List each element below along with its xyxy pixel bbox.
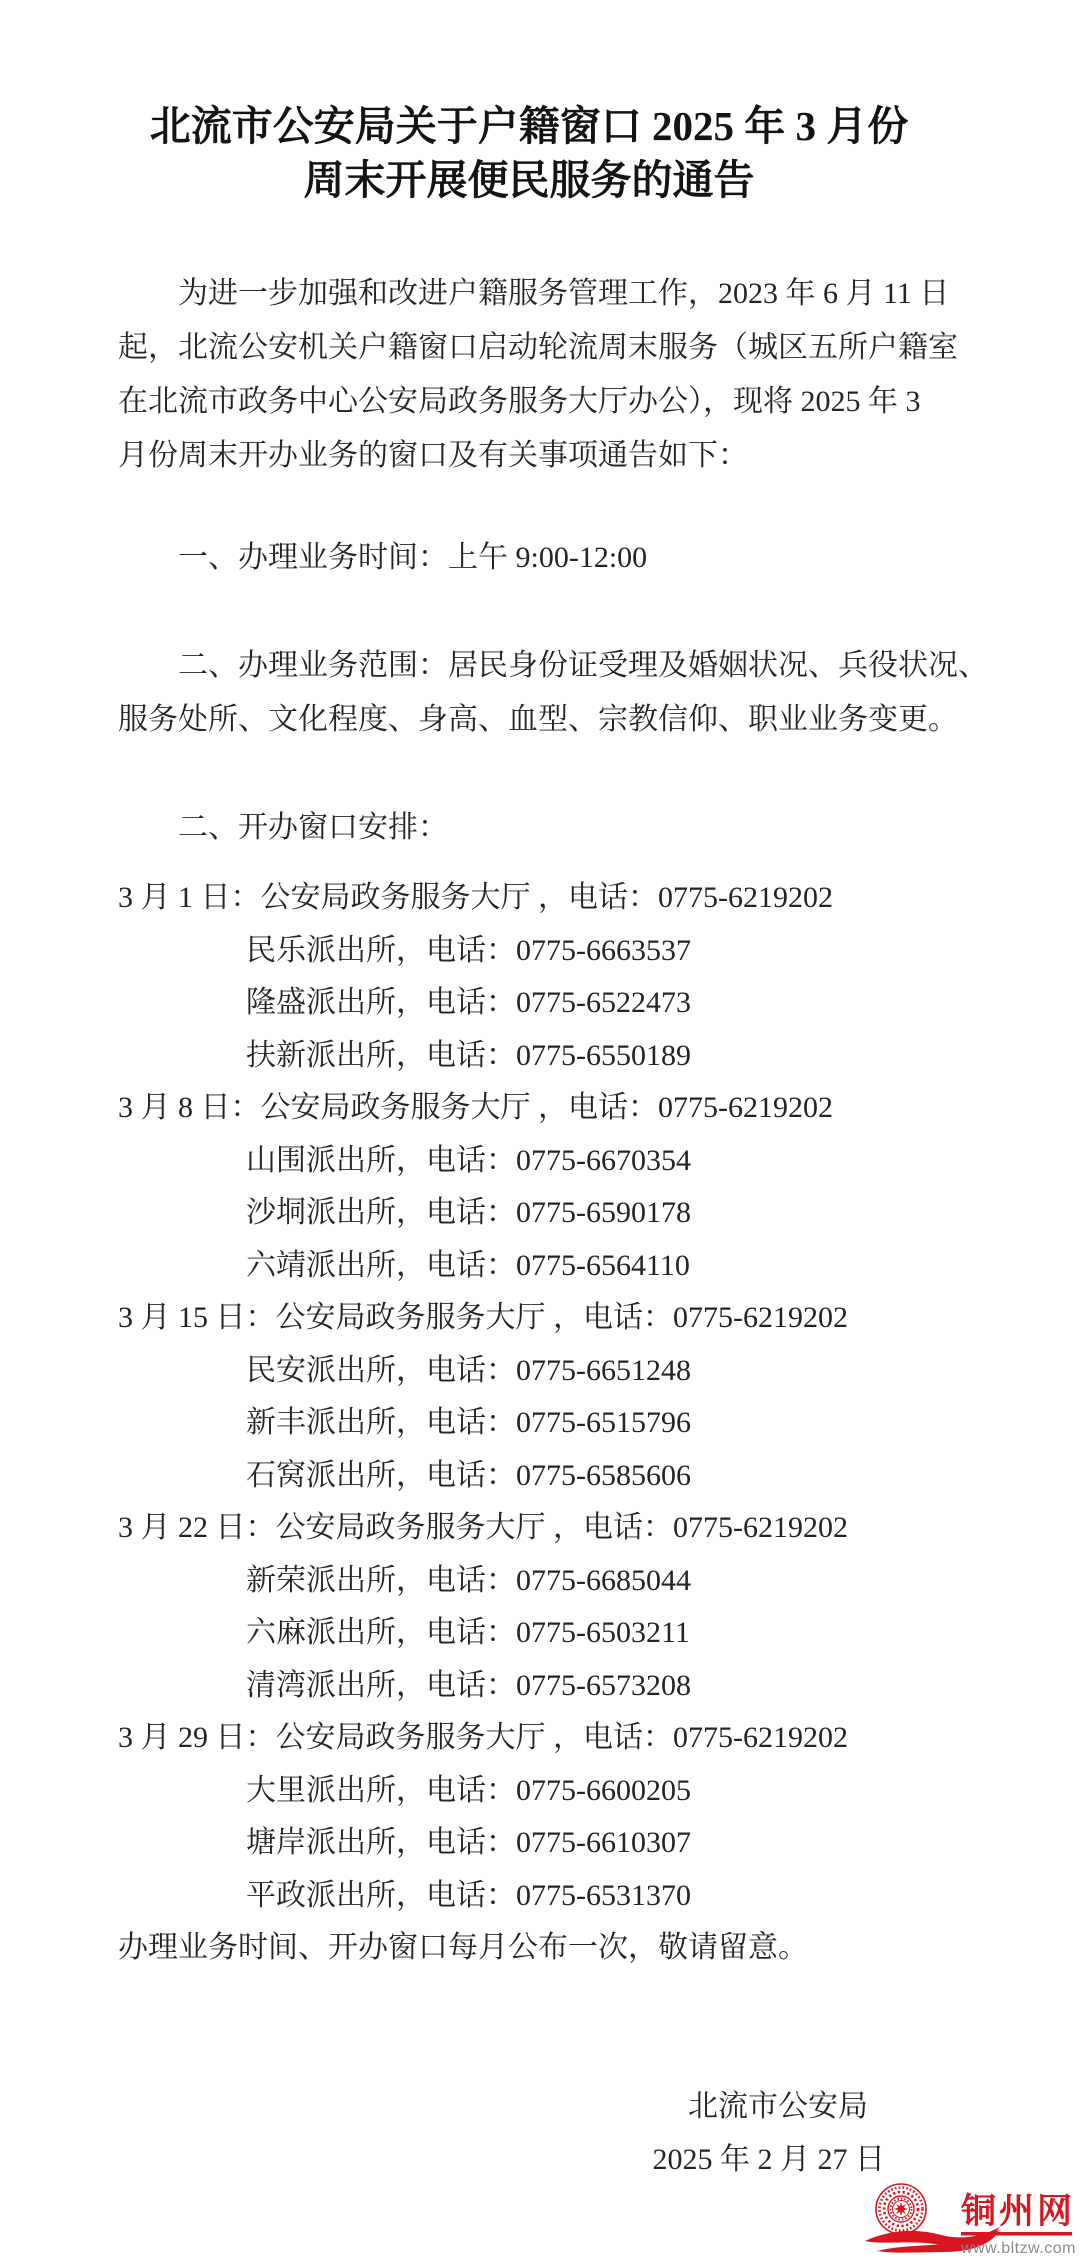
schedule-sub-row: 新荣派出所，电话：0775-6685044: [118, 1555, 940, 1608]
site-url: www.bltzw.com: [960, 2240, 1075, 2257]
schedule-date: 3 月 15 日：: [118, 1301, 276, 1334]
title-line-2: 周末开展便民服务的通告: [118, 153, 940, 207]
emblem-star-icon: [894, 2202, 908, 2216]
schedule-block-mar-8: 3 月 8 日：公安局政务服务大厅 ，电话：0775-6219202 山围派出所…: [118, 1082, 940, 1292]
schedule-block-mar-29: 3 月 29 日：公安局政务服务大厅 ，电话：0775-6219202 大里派出…: [118, 1712, 940, 1922]
schedule-date-row: 3 月 22 日：公安局政务服务大厅 ，电话：0775-6219202: [118, 1502, 940, 1555]
schedule-sub-row: 六麻派出所，电话：0775-6503211: [118, 1607, 940, 1660]
section-business-scope: 二、办理业务范围：居民身份证受理及婚姻状况、兵役状况、 服务处所、文化程度、身高…: [118, 639, 940, 747]
schedule-date-row: 3 月 1 日：公安局政务服务大厅 ，电话：0775-6219202: [118, 872, 940, 925]
schedule-sub-row: 平政派出所，电话：0775-6531370: [118, 1870, 940, 1923]
schedule-main-venue: 公安局政务服务大厅 ，电话：0775-6219202: [276, 1721, 849, 1754]
schedule-date: 3 月 22 日：: [118, 1511, 276, 1544]
schedule-date-row: 3 月 15 日：公安局政务服务大厅 ，电话：0775-6219202: [118, 1292, 940, 1345]
schedule-sub-row: 大里派出所，电话：0775-6600205: [118, 1765, 940, 1818]
site-name: 铜州网: [960, 2192, 1075, 2231]
site-name-underline: [961, 2232, 1072, 2236]
section-business-hours: 一、办理业务时间：上午 9:00-12:00: [118, 531, 940, 585]
schedule-main-venue: 公安局政务服务大厅 ，电话：0775-6219202: [261, 1091, 834, 1124]
schedule-sub-row: 沙垌派出所，电话：0775-6590178: [118, 1187, 940, 1240]
page-title: 北流市公安局关于户籍窗口 2025 年 3 月份 周末开展便民服务的通告: [118, 99, 940, 207]
schedule-sub-row: 隆盛派出所，电话：0775-6522473: [118, 977, 940, 1030]
intro-line: 在北流市政务中心公安局政务服务大厅办公），现将 2025 年 3: [118, 375, 940, 429]
schedule-date-row: 3 月 29 日：公安局政务服务大厅 ，电话：0775-6219202: [118, 1712, 940, 1765]
schedule-sub-row: 民乐派出所，电话：0775-6663537: [118, 925, 940, 978]
schedule-block-mar-15: 3 月 15 日：公安局政务服务大厅 ，电话：0775-6219202 民安派出…: [118, 1292, 940, 1502]
notice-content: 北流市公安局关于户籍窗口 2025 年 3 月份 周末开展便民服务的通告 为进一…: [0, 0, 1080, 2186]
schedule-main-venue: 公安局政务服务大厅 ，电话：0775-6219202: [276, 1301, 849, 1334]
schedule-sub-row: 民安派出所，电话：0775-6651248: [118, 1345, 940, 1398]
intro-line: 为进一步加强和改进户籍服务管理工作，2023 年 6 月 11 日: [118, 267, 940, 321]
schedule-sub-row: 扶新派出所，电话：0775-6550189: [118, 1030, 940, 1083]
schedule-sub-row: 清湾派出所，电话：0775-6573208: [118, 1660, 940, 1713]
scope-line: 服务处所、文化程度、身高、血型、宗教信仰、职业业务变更。: [118, 693, 940, 747]
notice-document: 北流市公安局关于户籍窗口 2025 年 3 月份 周末开展便民服务的通告 为进一…: [0, 0, 1080, 2261]
schedule-sub-row: 山围派出所，电话：0775-6670354: [118, 1135, 940, 1188]
intro-paragraph: 为进一步加强和改进户籍服务管理工作，2023 年 6 月 11 日 起，北流公安…: [118, 267, 940, 483]
schedule-date: 3 月 1 日：: [118, 881, 261, 914]
scope-line: 二、办理业务范围：居民身份证受理及婚姻状况、兵役状况、: [118, 639, 940, 693]
intro-line: 月份周末开办业务的窗口及有关事项通告如下：: [118, 429, 940, 483]
title-line-1: 北流市公安局关于户籍窗口 2025 年 3 月份: [118, 99, 940, 153]
schedule-main-venue: 公安局政务服务大厅 ，电话：0775-6219202: [261, 881, 834, 914]
schedule-date-row: 3 月 8 日：公安局政务服务大厅 ，电话：0775-6219202: [118, 1082, 940, 1135]
schedule-section: 3 月 1 日：公安局政务服务大厅 ，电话：0775-6219202 民乐派出所…: [118, 872, 940, 1922]
schedule-main-venue: 公安局政务服务大厅 ，电话：0775-6219202: [276, 1511, 849, 1544]
signature-block: 北流市公安局 2025 年 2 月 27 日: [118, 2080, 940, 2186]
schedule-date: 3 月 29 日：: [118, 1721, 276, 1754]
schedule-sub-row: 塘岸派出所，电话：0775-6610307: [118, 1817, 940, 1870]
schedule-sub-row: 石窝派出所，电话：0775-6585606: [118, 1450, 940, 1503]
schedule-sub-row: 新丰派出所，电话：0775-6515796: [118, 1397, 940, 1450]
schedule-sub-row: 六靖派出所，电话：0775-6564110: [118, 1240, 940, 1293]
signature-organization: 北流市公安局: [118, 2080, 940, 2133]
signature-date: 2025 年 2 月 27 日: [118, 2133, 940, 2186]
schedule-block-mar-22: 3 月 22 日：公安局政务服务大厅 ，电话：0775-6219202 新荣派出…: [118, 1502, 940, 1712]
closing-note: 办理业务时间、开办窗口每月公布一次，敬请留意。: [118, 1922, 940, 1975]
site-watermark: 铜州网 www.bltzw.com: [863, 2178, 1075, 2258]
section-window-arrangement: 二、开办窗口安排：: [118, 801, 940, 855]
schedule-date: 3 月 8 日：: [118, 1091, 261, 1124]
intro-line: 起，北流公安机关户籍窗口启动轮流周末服务（城区五所户籍室: [118, 321, 940, 375]
schedule-block-mar-1: 3 月 1 日：公安局政务服务大厅 ，电话：0775-6219202 民乐派出所…: [118, 872, 940, 1082]
